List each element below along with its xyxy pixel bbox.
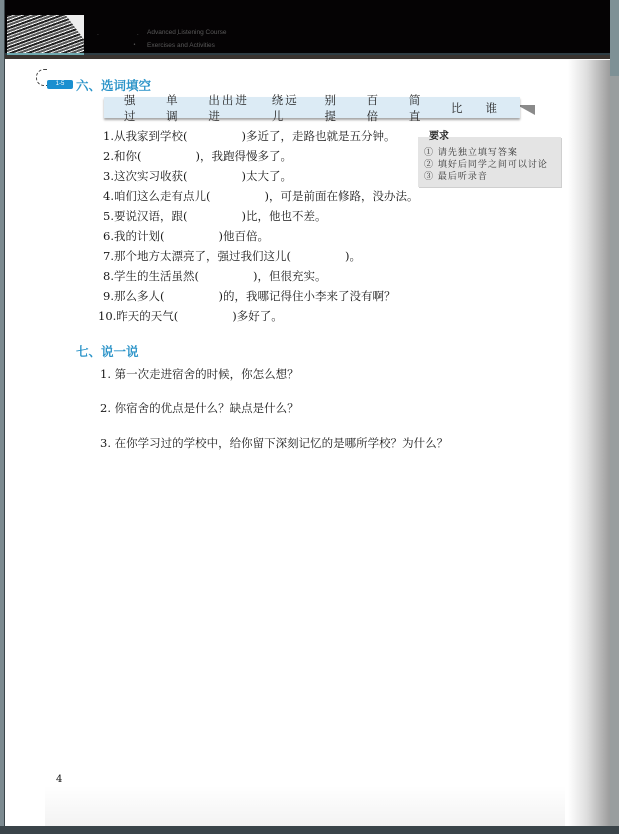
fill-question-3: 3.这次实习收获()太大了。 [103,168,292,184]
question-text-after: )，我跑得慢多了。 [195,149,292,163]
requirements-title: 要求 [429,127,449,142]
header-photo-image [7,15,84,55]
word-bank-item: 出出进进 [208,92,250,124]
document-page: . . . • Advanced Listening Course Exerci… [5,0,610,826]
header-book-subtitle: Exercises and Activities [147,42,215,49]
question-text-before: 学生的生活虽然( [114,269,199,283]
speaking-question-3: 3. 在你学习过的学校中，给你留下深刻记忆的是哪所学校？为什么？ [100,435,448,451]
word-bank-item: 强过 [124,92,145,124]
scrollbar-thumb[interactable] [610,0,619,76]
vertical-scrollbar[interactable] [610,0,619,826]
header-book-title: Advanced Listening Course [147,29,227,36]
question-text-before: 我的计划( [114,229,165,243]
question-text-after: )。 [345,249,361,263]
word-bank-item: 别提 [324,92,345,124]
fill-question-2: 2.和你()，我跑得慢多了。 [103,148,292,164]
fill-question-10: 10.昨天的天气()多好了。 [98,308,283,324]
audio-track-badge[interactable]: 1-5 [47,80,73,89]
question-text-after: )多好了。 [232,309,283,323]
speaking-question-2: 2. 你宿舍的优点是什么？缺点是什么？ [100,400,299,416]
question-text-before: 从我家到学校( [114,129,188,143]
question-number: 6. [103,229,114,243]
fill-question-1: 1.从我家到学校()多近了，走路也就是五分钟。 [103,128,395,144]
question-text-before: 那个地方太漂亮了，强过我们这儿( [114,249,291,263]
fill-question-5: 5.要说汉语，跟()比，他也不差。 [103,208,326,224]
word-bank-item: 谁 [485,100,499,116]
question-text-after: )的，我哪记得住小李来了没有啊？ [218,289,395,303]
question-number: 2. [103,149,114,163]
speaking-question-1: 1. 第一次走进宿舍的时候，你怎么想？ [100,366,299,382]
question-text-after: )，可是前面在修路，没办法。 [264,189,418,203]
page-curl-shadow [568,60,610,826]
question-text-before: 和你( [114,149,142,163]
page-header-band: . . . • Advanced Listening Course Exerci… [5,0,610,55]
question-text-before: 昨天的天气( [116,309,178,323]
word-bank-item: 单调 [166,92,187,124]
page-number: 4 [56,774,62,785]
question-text-before: 这次实习收获( [114,169,188,183]
word-bank-bar: 强过 单调 出出进进 绕远儿 别提 百倍 简直 比 谁 [104,97,520,118]
word-bank-item: 绕远儿 [272,92,304,124]
question-number: 5. [103,209,114,223]
fill-question-7: 7.那个地方太漂亮了，强过我们这儿()。 [103,248,361,264]
word-bank-item: 简直 [409,92,430,124]
question-number: 8. [103,269,114,283]
requirement-item: ③ 最后听录音 [424,169,488,182]
question-text-after: )他百倍。 [218,229,269,243]
question-text-after: )，但很充实。 [253,269,327,283]
question-number: 10. [98,309,116,323]
header-bullet-icon: • [133,42,136,48]
fill-question-6: 6.我的计划()他百倍。 [103,228,269,244]
question-number: 4. [103,189,114,203]
question-number: 3. [103,169,114,183]
question-text-after: )太大了。 [241,169,292,183]
fill-question-8: 8.学生的生活虽然()，但很充实。 [103,268,326,284]
question-text-before: 要说汉语，跟( [114,209,188,223]
page-bottom-fade [45,786,565,826]
fill-question-4: 4.咱们这么走有点儿()，可是前面在修路，没办法。 [103,188,418,204]
question-number: 1. [103,129,114,143]
document-viewer: . . . • Advanced Listening Course Exerci… [0,0,619,834]
word-bank-item: 百倍 [367,92,388,124]
question-text-after: )比，他也不差。 [241,209,326,223]
word-bank-item: 比 [451,100,465,116]
question-text-before: 咱们这么走有点儿( [114,189,211,203]
question-number: 7. [103,249,114,263]
viewer-left-edge [0,0,4,826]
fill-question-9: 9.那么多人()的，我哪记得住小李来了没有啊？ [103,288,395,304]
question-number: 9. [103,289,114,303]
section-7-title: 七、说一说 [76,342,139,360]
question-text-after: )多近了，走路也就是五分钟。 [241,129,395,143]
question-text-before: 那么多人( [114,289,165,303]
